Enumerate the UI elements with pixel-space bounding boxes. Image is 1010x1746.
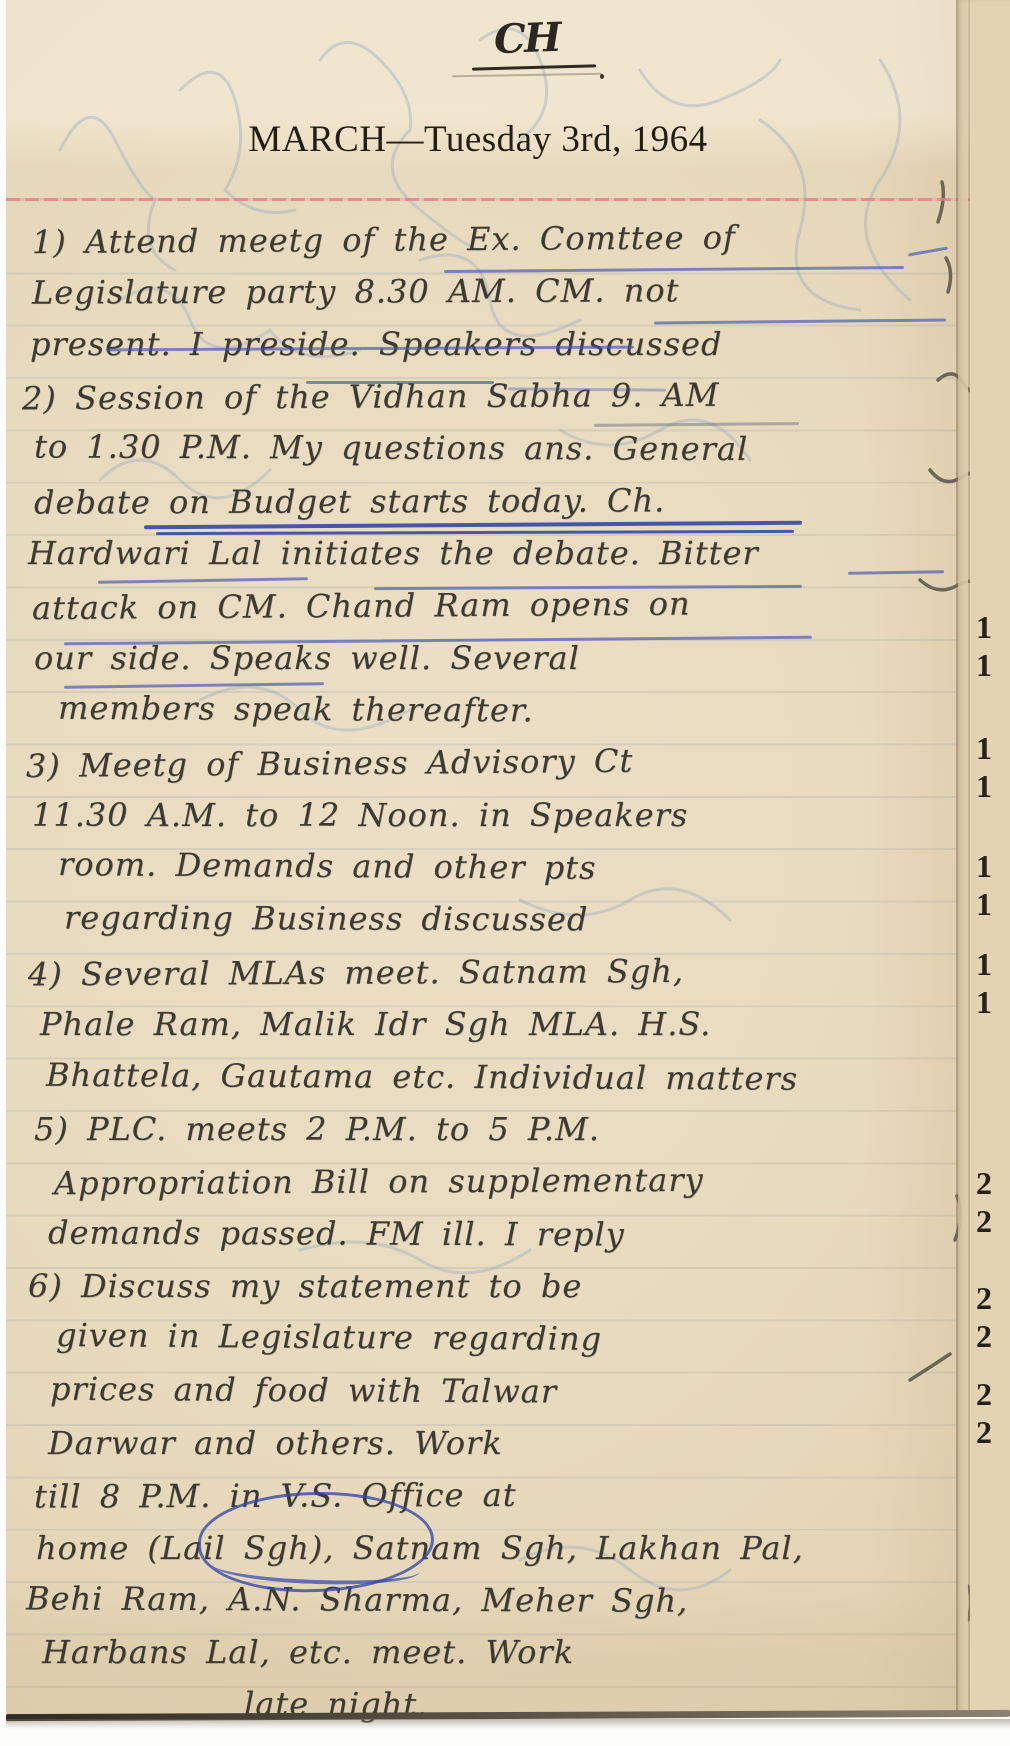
next-page-date-number: 2 — [976, 1321, 992, 1351]
next-page-edge: 11111111222222 — [956, 0, 1010, 1716]
diary-line: Bhattela, Gautama etc. Individual matter… — [6, 1055, 956, 1112]
diary-line: given in Legislature regarding — [6, 1316, 956, 1375]
diary-line: Hardwari Lal initiates the debate. Bitte… — [6, 534, 956, 586]
red-divider-rule — [6, 198, 1010, 201]
next-page-date-number: 2 — [976, 1417, 992, 1447]
diary-line: 11.30 A.M. to 12 Noon. in Speakers — [6, 796, 956, 848]
next-page-date-number: 2 — [976, 1206, 992, 1236]
next-page-date-number: 2 — [976, 1379, 992, 1409]
next-page-date-number: 1 — [976, 771, 992, 801]
next-page-date-number: 1 — [976, 851, 992, 881]
diary-line: Behi Ram, A.N. Sharma, Meher Sgh, — [6, 1579, 956, 1635]
diary-line: Phale Ram, Malik Idr Sgh MLA. H.S. — [6, 1005, 956, 1057]
diary-body: 1) Attend meetg of the Ex. Comttee ofLeg… — [6, 220, 956, 1738]
diary-line: till 8 P.M. in V.S. Office at — [6, 1475, 956, 1531]
diary-line: room. Demands and other pts — [6, 845, 956, 904]
diary-line: members speak thereafter. — [6, 689, 956, 746]
diary-line: demands passed. FM ill. I reply — [6, 1213, 956, 1269]
next-page-date-number: 1 — [976, 987, 992, 1017]
page-bottom-shadow — [6, 1719, 1010, 1729]
diary-line: 3) Meetg of Business Advisory Ct — [6, 739, 956, 800]
diary-line: Appropriation Bill on supplementary — [6, 1160, 956, 1217]
next-page-date-number: 1 — [976, 733, 992, 763]
diary-line: attack on CM. Chand Ram opens on — [6, 583, 956, 642]
diary-line: to 1.30 P.M. My questions ans. General — [6, 428, 956, 484]
next-page-date-number: 1 — [976, 949, 992, 979]
next-page-date-number: 1 — [976, 889, 992, 919]
handwritten-page-mark: CH — [493, 12, 615, 63]
diary-line: Harbans Lal, etc. meet. Work — [6, 1633, 956, 1685]
printed-date-heading: MARCH—Tuesday 3rd, 1964 — [0, 118, 956, 161]
diary-line: 5) PLC. meets 2 P.M. to 5 P.M. — [6, 1110, 956, 1162]
next-page-date-number: 1 — [976, 650, 992, 680]
next-page-date-number: 2 — [976, 1168, 992, 1198]
page-mark-dot — [600, 74, 604, 79]
diary-line: prices and food with Talwar — [6, 1369, 956, 1426]
next-page-date-number: 1 — [976, 612, 992, 642]
diary-line: 4) Several MLAs meet. Satnam Sgh, — [6, 950, 956, 1007]
diary-line: Darwar and others. Work — [6, 1424, 956, 1476]
next-page-date-number: 2 — [976, 1283, 992, 1313]
diary-line: Legislature party 8.30 AM. CM. not — [6, 271, 956, 327]
diary-line: home (Lail Sgh), Satnam Sgh, Lakhan Pal, — [6, 1529, 956, 1581]
diary-line: regarding Business discussed — [6, 899, 956, 955]
diary-line: 6) Discuss my statement to be — [6, 1267, 956, 1319]
diary-page-scan: CH MARCH—Tuesday 3rd, 1964 1) Attend mee… — [0, 0, 1010, 1746]
diary-line: our side. Speaks well. Several — [6, 639, 956, 691]
